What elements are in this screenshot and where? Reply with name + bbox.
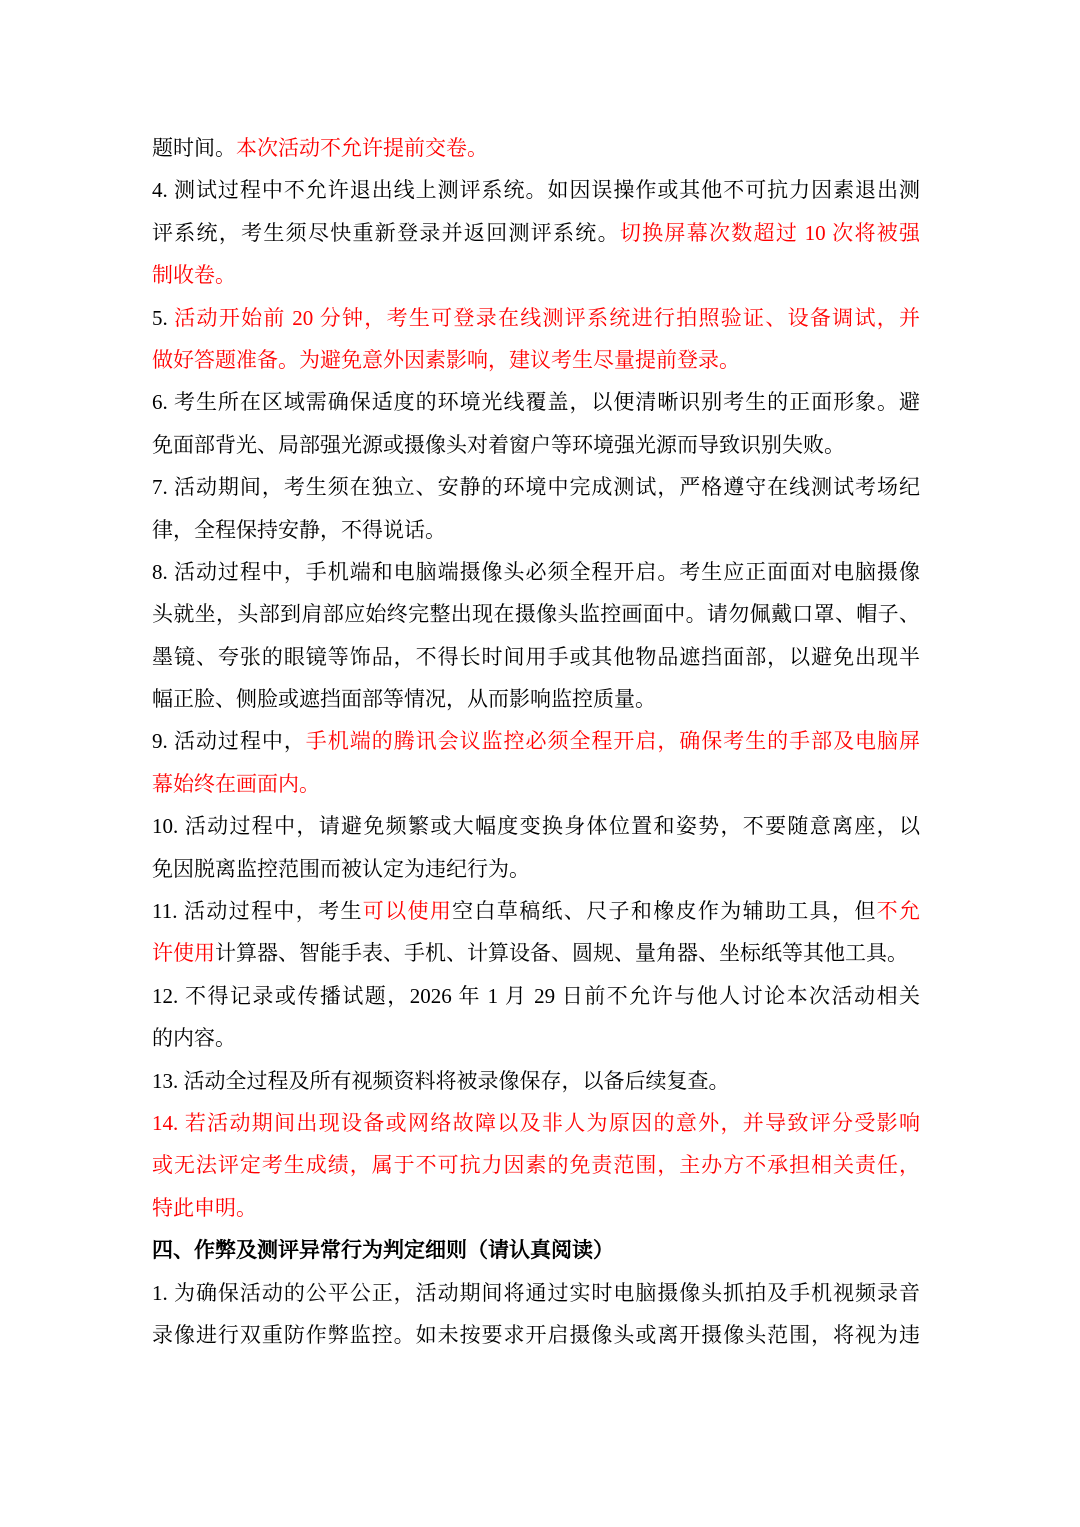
emphasis-red-text: 手机端的腾讯会议监控必须全程开启，确保考生的手部及电脑屏	[306, 729, 920, 753]
body-text: 评系统，考生须尽快重新登录并返回测评系统。	[152, 221, 620, 245]
text-line: 做好答题准备。为避免意外因素影响，建议考生尽量提前登录。	[152, 339, 920, 381]
text-line: 免面部背光、局部强光源或摄像头对着窗户等环境强光源而导致识别失败。	[152, 424, 920, 466]
emphasis-red-text: 特此申明。	[152, 1196, 257, 1220]
body-text: 免面部背光、局部强光源或摄像头对着窗户等环境强光源而导致识别失败。	[152, 433, 845, 457]
emphasis-red-text: 不允	[877, 899, 920, 923]
emphasis-red-text: 活动开始前 20 分钟，考生可登录在线测评系统进行拍照验证、设备调试，并	[174, 306, 920, 330]
text-line: 评系统，考生须尽快重新登录并返回测评系统。切换屏幕次数超过 10 次将被强	[152, 212, 920, 254]
emphasis-red-text: 许使用	[152, 941, 215, 965]
body-text: 8. 活动过程中，手机端和电脑端摄像头必须全程开启。考生应正面面对电脑摄像	[152, 560, 920, 584]
section-heading: 四、作弊及测评异常行为判定细则（请认真阅读）	[152, 1229, 920, 1271]
emphasis-red-text: 切换屏幕次数超过 10 次将被强	[620, 221, 920, 245]
text-line: 的内容。	[152, 1017, 920, 1059]
text-line: 6. 考生所在区域需确保适度的环境光线覆盖，以便清晰识别考生的正面形象。避	[152, 381, 920, 423]
body-text: 11. 活动过程中，考生	[152, 899, 363, 923]
body-text: 录像进行双重防作弊监控。如未按要求开启摄像头或离开摄像头范围，将视为违	[152, 1323, 920, 1347]
text-line: 12. 不得记录或传播试题，2026 年 1 月 29 日前不允许与他人讨论本次…	[152, 975, 920, 1017]
body-text: 9. 活动过程中，	[152, 729, 306, 753]
text-line: 幅正脸、侧脸或遮挡面部等情况，从而影响监控质量。	[152, 678, 920, 720]
text-line: 9. 活动过程中，手机端的腾讯会议监控必须全程开启，确保考生的手部及电脑屏	[152, 720, 920, 762]
body-text: 幅正脸、侧脸或遮挡面部等情况，从而影响监控质量。	[152, 687, 656, 711]
body-text: 四、作弊及测评异常行为判定细则（请认真阅读）	[152, 1238, 614, 1262]
body-text: 5.	[152, 306, 174, 330]
text-line: 许使用计算器、智能手表、手机、计算设备、圆规、量角器、坐标纸等其他工具。	[152, 932, 920, 974]
document-page: 题时间。本次活动不允许提前交卷。4. 测试过程中不允许退出线上测评系统。如因误操…	[0, 0, 1080, 1527]
emphasis-red-text: 本次活动不允许提前交卷。	[236, 136, 488, 160]
text-line: 14. 若活动期间出现设备或网络故障以及非人为原因的意外，并导致评分受影响	[152, 1102, 920, 1144]
body-text: 计算器、智能手表、手机、计算设备、圆规、量角器、坐标纸等其他工具。	[215, 941, 908, 965]
body-text: 1. 为确保活动的公平公正，活动期间将通过实时电脑摄像头抓拍及手机视频录音	[152, 1281, 920, 1305]
body-text: 10. 活动过程中，请避免频繁或大幅度变换身体位置和姿势，不要随意离座，以	[152, 814, 920, 838]
text-line: 13. 活动全过程及所有视频资料将被录像保存，以备后续复查。	[152, 1060, 920, 1102]
text-line: 特此申明。	[152, 1187, 920, 1229]
body-text: 空白草稿纸、尺子和橡皮作为辅助工具，但	[452, 899, 876, 923]
text-line: 题时间。本次活动不允许提前交卷。	[152, 127, 920, 169]
text-line: 幕始终在画面内。	[152, 763, 920, 805]
emphasis-red-text: 14. 若活动期间出现设备或网络故障以及非人为原因的意外，并导致评分受影响	[152, 1111, 920, 1135]
text-line: 律，全程保持安静，不得说话。	[152, 509, 920, 551]
text-line: 11. 活动过程中，考生可以使用空白草稿纸、尺子和橡皮作为辅助工具，但不允	[152, 890, 920, 932]
text-line: 墨镜、夸张的眼镜等饰品，不得长时间用手或其他物品遮挡面部，以避免出现半	[152, 636, 920, 678]
emphasis-red-text: 幕始终在画面内。	[152, 772, 320, 796]
emphasis-red-text: 制收卷。	[152, 263, 236, 287]
body-text: 6. 考生所在区域需确保适度的环境光线覆盖，以便清晰识别考生的正面形象。避	[152, 390, 920, 414]
body-text: 13. 活动全过程及所有视频资料将被录像保存，以备后续复查。	[152, 1069, 730, 1093]
text-line: 1. 为确保活动的公平公正，活动期间将通过实时电脑摄像头抓拍及手机视频录音	[152, 1272, 920, 1314]
text-line: 制收卷。	[152, 254, 920, 296]
emphasis-red-text: 做好答题准备。为避免意外因素影响，建议考生尽量提前登录。	[152, 348, 740, 372]
text-line: 5. 活动开始前 20 分钟，考生可登录在线测评系统进行拍照验证、设备调试，并	[152, 297, 920, 339]
emphasis-red-text: 可以使用	[363, 899, 452, 923]
body-text: 题时间。	[152, 136, 236, 160]
body-text: 墨镜、夸张的眼镜等饰品，不得长时间用手或其他物品遮挡面部，以避免出现半	[152, 645, 920, 669]
body-text: 的内容。	[152, 1026, 236, 1050]
text-line: 录像进行双重防作弊监控。如未按要求开启摄像头或离开摄像头范围，将视为违	[152, 1314, 920, 1356]
text-line: 4. 测试过程中不允许退出线上测评系统。如因误操作或其他不可抗力因素退出测	[152, 169, 920, 211]
body-text: 头就坐，头部到肩部应始终完整出现在摄像头监控画面中。请勿佩戴口罩、帽子、	[152, 602, 920, 626]
text-line: 8. 活动过程中，手机端和电脑端摄像头必须全程开启。考生应正面面对电脑摄像	[152, 551, 920, 593]
text-line: 10. 活动过程中，请避免频繁或大幅度变换身体位置和姿势，不要随意离座，以	[152, 805, 920, 847]
body-text: 律，全程保持安静，不得说话。	[152, 518, 446, 542]
text-line: 免因脱离监控范围而被认定为违纪行为。	[152, 848, 920, 890]
text-line: 或无法评定考生成绩，属于不可抗力因素的免责范围，主办方不承担相关责任，	[152, 1144, 920, 1186]
body-text: 7. 活动期间，考生须在独立、安静的环境中完成测试，严格遵守在线测试考场纪	[152, 475, 920, 499]
body-text: 12. 不得记录或传播试题，2026 年 1 月 29 日前不允许与他人讨论本次…	[152, 984, 920, 1008]
text-line: 头就坐，头部到肩部应始终完整出现在摄像头监控画面中。请勿佩戴口罩、帽子、	[152, 593, 920, 635]
body-text: 免因脱离监控范围而被认定为违纪行为。	[152, 857, 530, 881]
emphasis-red-text: 或无法评定考生成绩，属于不可抗力因素的免责范围，主办方不承担相关责任，	[152, 1153, 920, 1177]
text-line: 7. 活动期间，考生须在独立、安静的环境中完成测试，严格遵守在线测试考场纪	[152, 466, 920, 508]
document-text: 题时间。本次活动不允许提前交卷。4. 测试过程中不允许退出线上测评系统。如因误操…	[152, 127, 920, 1356]
body-text: 4. 测试过程中不允许退出线上测评系统。如因误操作或其他不可抗力因素退出测	[152, 178, 920, 202]
